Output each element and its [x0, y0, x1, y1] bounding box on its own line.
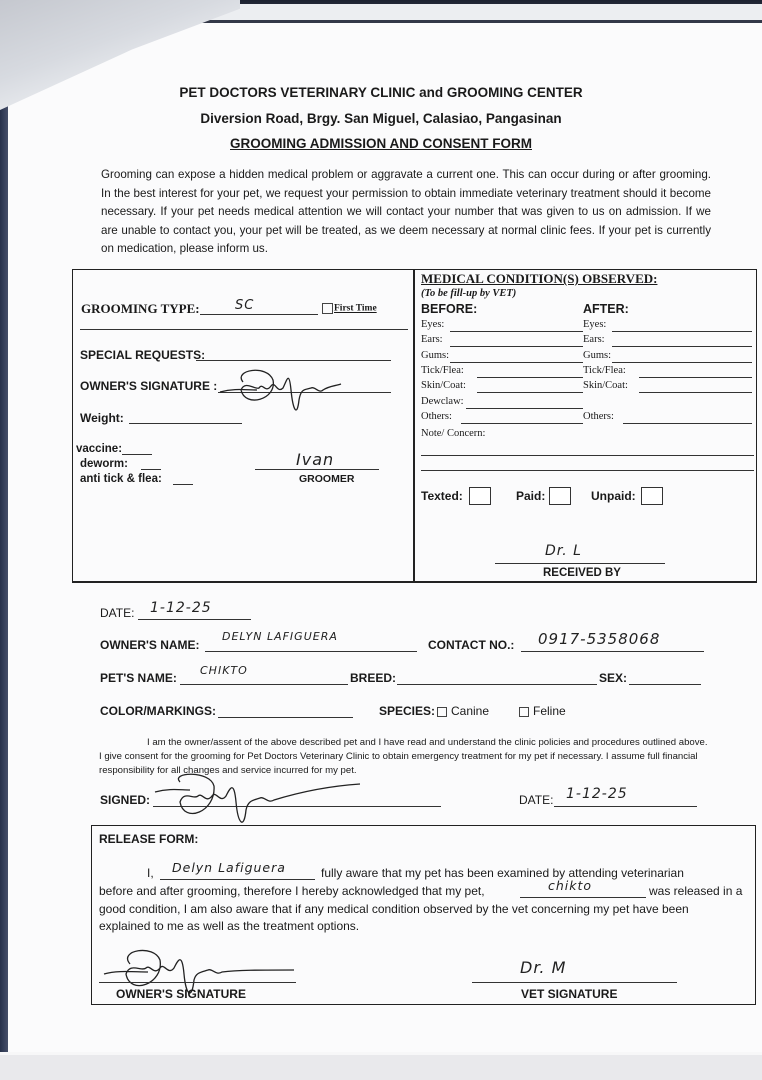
consent-date-label: DATE: — [519, 793, 553, 807]
after-field-input[interactable] — [612, 346, 752, 347]
before-field-label: Others: — [421, 411, 452, 422]
release-line-1: fully aware that my pet has been examine… — [321, 866, 684, 880]
pet-name-field[interactable] — [180, 684, 348, 685]
after-field-input[interactable] — [639, 377, 752, 378]
intro-paragraph: Grooming can expose a hidden medical pro… — [101, 166, 711, 259]
vet-signature-field[interactable] — [472, 982, 677, 983]
color-markings-label: COLOR/MARKINGS: — [100, 704, 216, 718]
note-line-2[interactable] — [421, 470, 754, 471]
medical-title: MEDICAL CONDITION(S) OBSERVED: — [421, 271, 657, 287]
owner-name-value: DELYN LAFIGUERA — [222, 630, 338, 643]
release-line-2-end: was released in a — [649, 884, 742, 898]
vet-signature-value: Dr. M — [520, 958, 566, 977]
before-field-label: Dewclaw: — [421, 396, 464, 407]
antitick-label: anti tick & flea: — [80, 473, 162, 485]
medical-subtitle: (To be fill-up by VET) — [421, 288, 516, 299]
release-line-3: good condition, I am also aware that if … — [99, 902, 689, 916]
consent-line-1: I am the owner/assent of the above descr… — [147, 737, 708, 748]
received-by-field[interactable] — [495, 563, 665, 564]
feline-label: Feline — [533, 704, 566, 718]
release-owner-field[interactable] — [160, 879, 315, 880]
form-title: GROOMING ADMISSION AND CONSENT FORM — [0, 136, 762, 151]
date-value: 1-12-25 — [150, 600, 212, 616]
release-pet-field[interactable] — [520, 897, 646, 898]
before-field-input[interactable] — [450, 331, 583, 332]
consent-date-value: 1-12-25 — [566, 786, 628, 802]
before-field-input[interactable] — [477, 392, 583, 393]
first-time-checkbox[interactable] — [322, 303, 333, 314]
before-field-label: Tick/Flea: — [421, 365, 464, 376]
release-owner-value: Delyn Lafiguera — [172, 860, 286, 875]
box-divider — [413, 269, 415, 581]
release-line-2: before and after grooming, therefore I h… — [99, 884, 485, 898]
paper-top-edge — [160, 4, 762, 23]
date-label: DATE: — [100, 606, 134, 620]
vaccine-field[interactable] — [122, 454, 152, 455]
before-field-input[interactable] — [450, 346, 583, 347]
grooming-type-field[interactable] — [200, 314, 318, 315]
before-field-input[interactable] — [466, 408, 583, 409]
clinic-name: PET DOCTORS VETERINARY CLINIC and GROOMI… — [0, 85, 762, 100]
canine-label: Canine — [451, 704, 489, 718]
after-field-label: Skin/Coat: — [583, 380, 628, 391]
first-time-label: First Time — [334, 304, 377, 314]
paid-checkbox[interactable] — [549, 487, 571, 505]
release-title: RELEASE FORM: — [99, 832, 198, 846]
canine-checkbox[interactable] — [437, 707, 447, 717]
first-time-option[interactable]: First Time — [322, 303, 377, 314]
pet-name-value: CHIKTO — [200, 664, 248, 677]
note-label: Note/ Concern: — [421, 428, 485, 439]
unpaid-checkbox[interactable] — [641, 487, 663, 505]
before-label: BEFORE: — [421, 302, 477, 316]
grooming-extra-line[interactable] — [80, 329, 408, 330]
after-field-label: Ears: — [583, 334, 605, 345]
after-field-label: Eyes: — [583, 319, 606, 330]
sex-field[interactable] — [629, 684, 701, 685]
release-owner-signature-field[interactable] — [99, 982, 296, 983]
special-requests-label: SPECIAL REQUESTS: — [80, 348, 205, 362]
release-i: I, — [147, 866, 154, 880]
after-field-input[interactable] — [623, 423, 752, 424]
groomer-name-value: Ivan — [296, 450, 334, 469]
before-field-label: Eyes: — [421, 319, 444, 330]
owner-signature-label: OWNER'S SIGNATURE : — [80, 379, 217, 393]
sex-label: SEX: — [599, 671, 627, 685]
before-field-input[interactable] — [477, 377, 583, 378]
clinic-address: Diversion Road, Brgy. San Miguel, Calasi… — [0, 111, 762, 126]
deworm-label: deworm: — [80, 458, 128, 470]
species-label: SPECIES: — [379, 704, 435, 718]
groomer-label: GROOMER — [299, 473, 354, 485]
owner-name-label: OWNER'S NAME: — [100, 638, 200, 652]
after-field-input[interactable] — [612, 331, 752, 332]
deworm-field[interactable] — [141, 469, 161, 470]
after-label: AFTER: — [583, 302, 629, 316]
received-by-value: Dr. L — [545, 543, 582, 559]
vaccine-label: vaccine: — [76, 443, 122, 455]
vet-signature-label: VET SIGNATURE — [521, 987, 617, 1001]
before-field-label: Gums: — [421, 350, 449, 361]
note-line-1[interactable] — [421, 455, 754, 456]
release-pet-value: chikto — [548, 878, 592, 893]
after-field-input[interactable] — [639, 392, 752, 393]
contact-value: 0917-5358068 — [538, 630, 660, 648]
consent-date-field[interactable] — [554, 806, 697, 807]
antitick-field[interactable] — [173, 484, 193, 485]
pet-name-label: PET'S NAME: — [100, 671, 177, 685]
before-field-label: Ears: — [421, 334, 443, 345]
contact-label: CONTACT NO.: — [428, 638, 514, 652]
date-field[interactable] — [138, 619, 251, 620]
release-owner-signature-label: OWNER'S SIGNATURE — [116, 987, 246, 1001]
species-feline-option[interactable]: Feline — [519, 704, 566, 718]
paid-label: Paid: — [516, 489, 545, 503]
weight-field[interactable] — [129, 423, 242, 424]
groomer-field[interactable] — [255, 469, 379, 470]
unpaid-label: Unpaid: — [591, 489, 636, 503]
owner-signature-scribble — [215, 360, 345, 420]
owner-name-field[interactable] — [205, 651, 417, 652]
texted-label: Texted: — [421, 489, 463, 503]
after-field-label: Tick/Flea: — [583, 365, 626, 376]
grooming-type-label: GROOMING TYPE: — [81, 301, 200, 317]
scan-background-bottom — [0, 1052, 762, 1080]
weight-label: Weight: — [80, 411, 124, 425]
grooming-type-value: SC — [235, 298, 254, 313]
color-markings-field[interactable] — [218, 717, 353, 718]
species-canine-option[interactable]: Canine — [437, 704, 489, 718]
after-field-input[interactable] — [612, 362, 752, 363]
before-field-input[interactable] — [450, 362, 583, 363]
breed-field[interactable] — [397, 684, 597, 685]
before-field-input[interactable] — [461, 423, 583, 424]
consent-line-2: I give consent for the grooming for Pet … — [99, 751, 698, 762]
breed-label: BREED: — [350, 671, 396, 685]
signed-label: SIGNED: — [100, 793, 150, 807]
before-field-label: Skin/Coat: — [421, 380, 466, 391]
contact-field[interactable] — [521, 651, 704, 652]
texted-checkbox[interactable] — [469, 487, 491, 505]
received-by-label: RECEIVED BY — [543, 567, 621, 579]
after-field-label: Gums: — [583, 350, 611, 361]
release-line-4: explained to me as well as the treatment… — [99, 919, 359, 933]
after-field-label: Others: — [583, 411, 614, 422]
feline-checkbox[interactable] — [519, 707, 529, 717]
consent-signature-scribble — [150, 772, 365, 830]
